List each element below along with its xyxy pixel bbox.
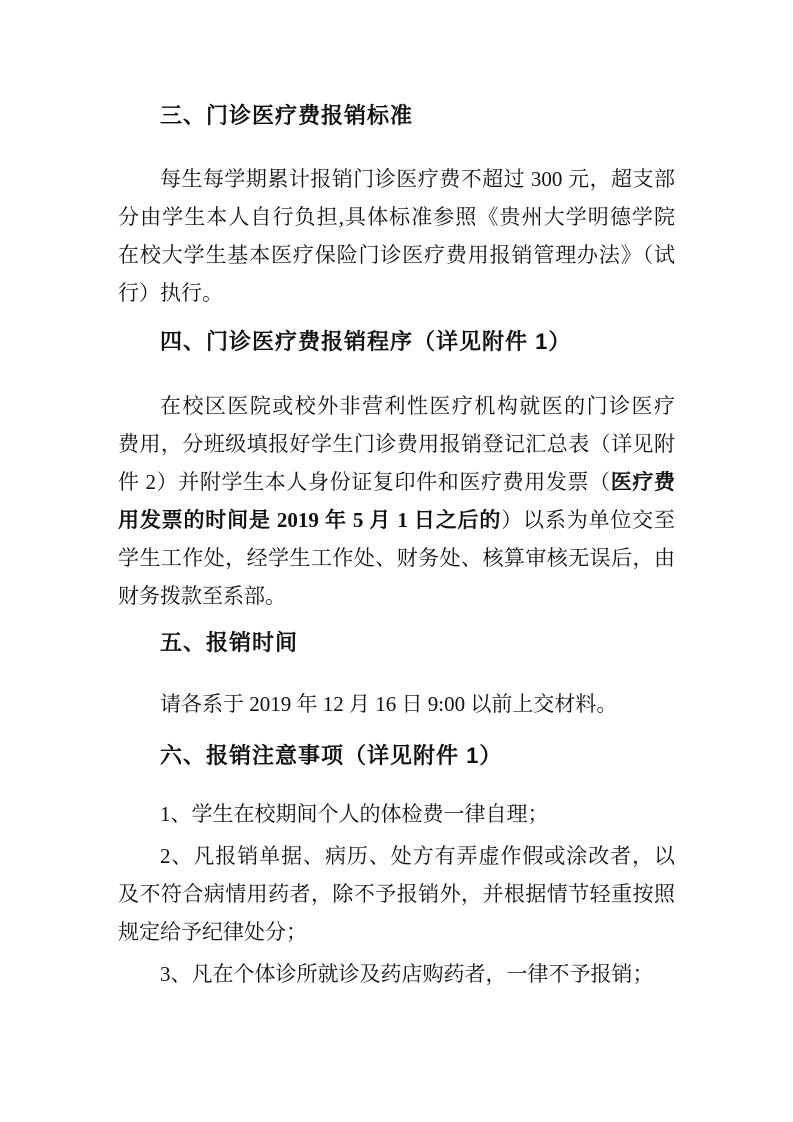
list-item: 1、学生在校期间个人的体检费一律自理； (118, 795, 675, 833)
section-heading-4: 四、门诊医疗费报销程序（详见附件 1） (118, 326, 675, 358)
text-run: 及不符合病情用药者，除不予报销外，并根据情节轻重按照 (118, 882, 675, 906)
text-line: 学生工作处，经学生工作处、财务处、核算审核无误后，由 (118, 539, 675, 577)
text-line: 财务拨款至系部。 (118, 577, 675, 615)
list-item: 2、凡报销单据、病历、处方有弄虚作假或涂改者，以 及不符合病情用药者，除不予报销… (118, 837, 675, 951)
document-body: 三、门诊医疗费报销标准 每生每学期累计报销门诊医疗费不超过 300 元，超支部 … (118, 100, 675, 993)
text-run: 分由学生本人自行负担,具体标准参照《贵州大学明德学院 (118, 205, 675, 229)
text-run: 费用，分班级填报好学生门诊费用报销登记汇总表（详见附 (118, 432, 675, 456)
text-line: 用发票的时间是 2019 年 5 月 1 日之后的）以系为单位交至 (118, 501, 675, 539)
text-line: 件 2）并附学生本人身份证复印件和医疗费用发票（医疗费 (118, 463, 675, 501)
document-page: { "page": { "background_color": "#ffffff… (0, 0, 793, 1122)
paragraph: 每生每学期累计报销门诊医疗费不超过 300 元，超支部 分由学生本人自行负担,具… (118, 160, 675, 312)
text-line: 行）执行。 (118, 274, 675, 312)
text-run: 财务拨款至系部。 (118, 584, 286, 608)
text-run: 学生工作处，经学生工作处、财务处、核算审核无误后，由 (118, 546, 675, 570)
text-run: 请各系于 2019 年 12 月 16 日 9:00 以前上交材料。 (160, 692, 617, 716)
text-run: 3、凡在个体诊所就诊及药店购药者，一律不予报销； (160, 962, 654, 986)
section-heading-3: 三、门诊医疗费报销标准 (118, 100, 675, 132)
text-run: ）以系为单位交至 (501, 508, 675, 532)
text-line: 分由学生本人自行负担,具体标准参照《贵州大学明德学院 (118, 198, 675, 236)
text-run: 在校区医院或校外非营利性医疗机构就医的门诊医疗 (160, 394, 675, 418)
text-run: 在校大学生基本医疗保险门诊医疗费用报销管理办法》（试 (118, 243, 675, 267)
text-line: 在校大学生基本医疗保险门诊医疗费用报销管理办法》（试 (118, 236, 675, 274)
paragraph: 在校区医院或校外非营利性医疗机构就医的门诊医疗 费用，分班级填报好学生门诊费用报… (118, 387, 675, 615)
text-line: 2、凡报销单据、病历、处方有弄虚作假或涂改者，以 (118, 837, 675, 875)
section-heading-6: 六、报销注意事项（详见附件 1） (118, 740, 675, 772)
bold-text-run: 用发票的时间是 2019 年 5 月 1 日之后的 (118, 508, 501, 532)
section-heading-5: 五、报销时间 (118, 627, 675, 659)
text-run: 规定给予纪律处分； (118, 920, 307, 944)
text-run: 件 2）并附学生本人身份证复印件和医疗费用发票（ (118, 470, 611, 494)
text-line: 1、学生在校期间个人的体检费一律自理； (118, 795, 675, 833)
text-line: 费用，分班级填报好学生门诊费用报销登记汇总表（详见附 (118, 425, 675, 463)
text-line: 在校区医院或校外非营利性医疗机构就医的门诊医疗 (118, 387, 675, 425)
text-run: 行）执行。 (118, 281, 223, 305)
text-line: 每生每学期累计报销门诊医疗费不超过 300 元，超支部 (118, 160, 675, 198)
text-line: 请各系于 2019 年 12 月 16 日 9:00 以前上交材料。 (118, 685, 675, 723)
text-line: 规定给予纪律处分； (118, 913, 675, 951)
text-line: 及不符合病情用药者，除不予报销外，并根据情节轻重按照 (118, 875, 675, 913)
text-line: 3、凡在个体诊所就诊及药店购药者，一律不予报销； (118, 955, 675, 993)
bold-text-run: 医疗费 (611, 470, 675, 494)
text-run: 2、凡报销单据、病历、处方有弄虚作假或涂改者，以 (160, 844, 675, 868)
list-item: 3、凡在个体诊所就诊及药店购药者，一律不予报销； (118, 955, 675, 993)
text-run: 1、学生在校期间个人的体检费一律自理； (160, 802, 549, 826)
text-run: 每生每学期累计报销门诊医疗费不超过 300 元，超支部 (160, 167, 675, 191)
paragraph: 请各系于 2019 年 12 月 16 日 9:00 以前上交材料。 (118, 685, 675, 723)
